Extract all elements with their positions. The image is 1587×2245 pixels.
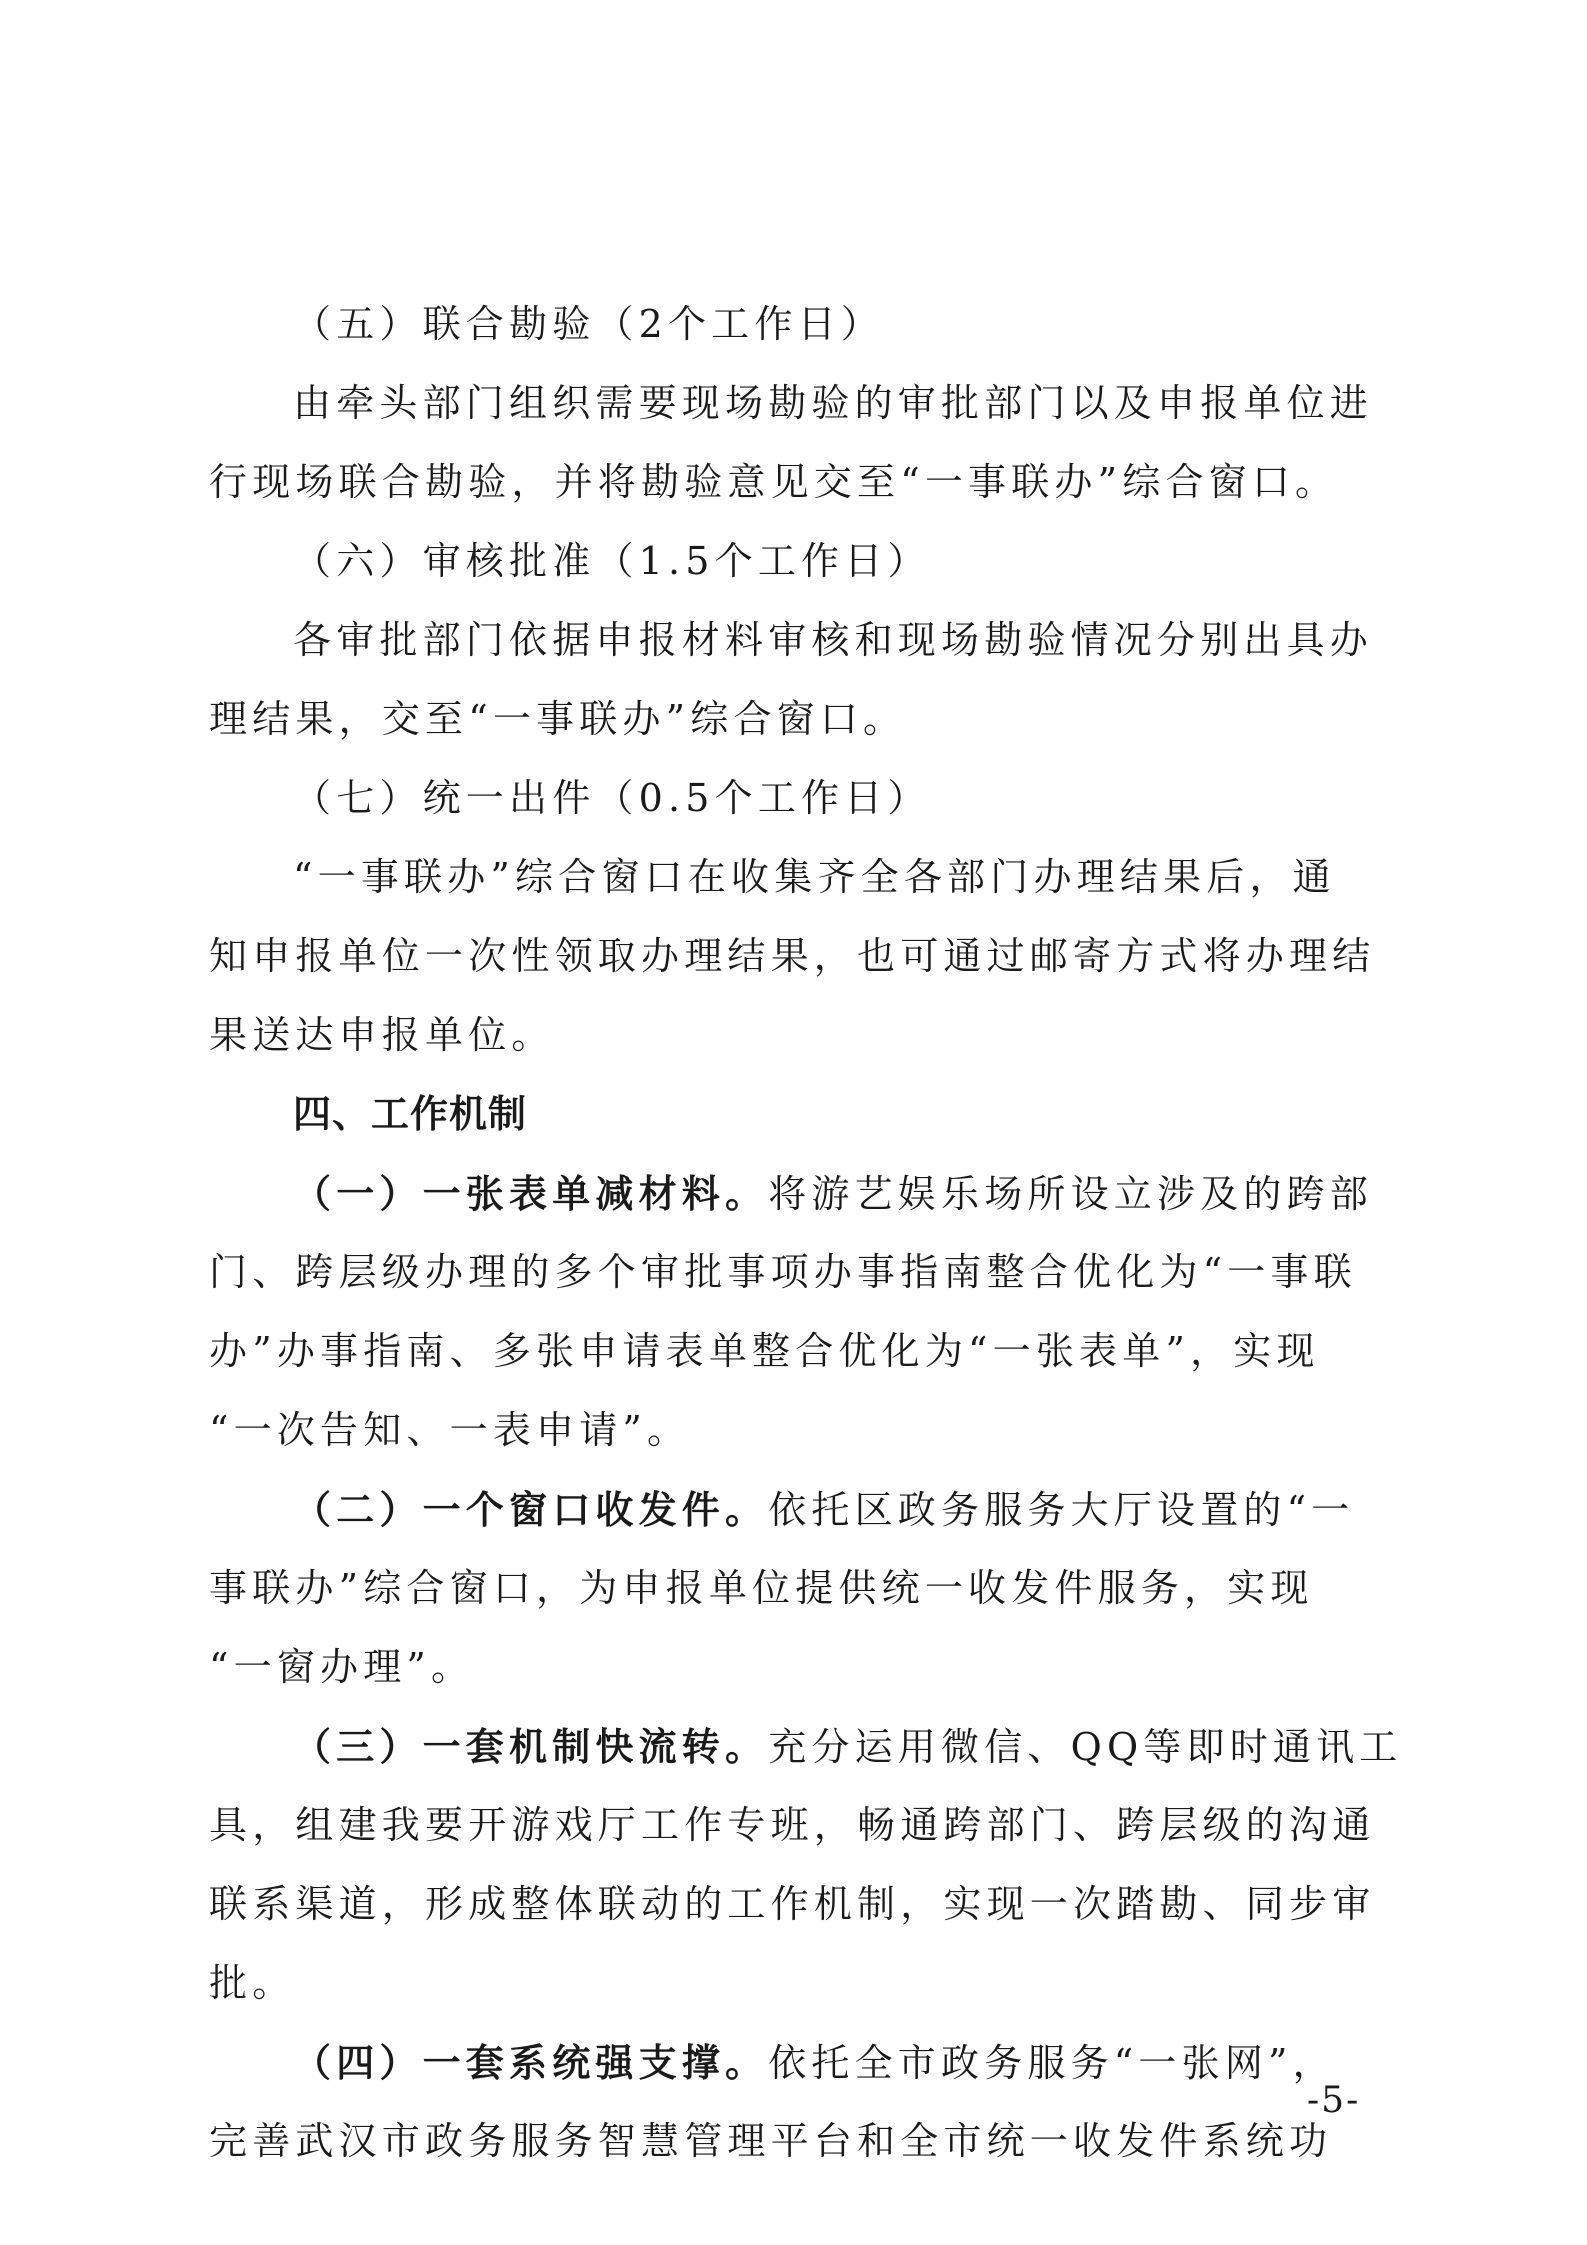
item-text: 依托全市政务服务“一张网”， bbox=[768, 2041, 1336, 2085]
paragraph-line: 由牵头部门组织需要现场勘验的审批部门以及申报单位进 bbox=[209, 364, 1389, 443]
item-lead: （二）一个窗口收发件。 bbox=[293, 1487, 768, 1532]
paragraph-line: 门、跨层级办理的多个审批事项办事指南整合优化为“一事联 bbox=[209, 1233, 1389, 1312]
item-text: 将游艺娱乐场所设立涉及的跨部 bbox=[768, 1172, 1373, 1216]
paragraph-line: “一窗办理”。 bbox=[209, 1628, 1389, 1707]
paragraph-line: “一事联办”综合窗口在收集齐全各部门办理结果后，通 bbox=[209, 838, 1389, 917]
item-one-form: （一）一张表单减材料。将游艺娱乐场所设立涉及的跨部 bbox=[209, 1154, 1389, 1233]
item-lead: （三）一套机制快流转。 bbox=[293, 1724, 768, 1769]
paragraph-line: “一次告知、一表申请”。 bbox=[209, 1391, 1389, 1470]
paragraph-line: 事联办”综合窗口，为申报单位提供统一收发件服务，实现 bbox=[209, 1549, 1389, 1628]
sub-heading-unified-delivery: （七）统一出件（0.5个工作日） bbox=[209, 759, 1389, 838]
item-one-window: （二）一个窗口收发件。依托区政务服务大厅设置的“一 bbox=[209, 1470, 1389, 1549]
document-page: （五）联合勘验（2个工作日） 由牵头部门组织需要现场勘验的审批部门以及申报单位进… bbox=[209, 285, 1389, 2181]
paragraph-line: 各审批部门依据申报材料审核和现场勘验情况分别出具办 bbox=[209, 601, 1389, 680]
item-text: 充分运用微信、QQ等即时通讯工 bbox=[768, 1725, 1402, 1769]
paragraph-line: 完善武汉市政务服务智慧管理平台和全市统一收发件系统功 bbox=[209, 2102, 1389, 2181]
sub-heading-review-approval: （六）审核批准（1.5个工作日） bbox=[209, 522, 1389, 601]
item-text: 依托区政务服务大厅设置的“一 bbox=[768, 1488, 1354, 1532]
paragraph-line: 批。 bbox=[209, 1944, 1389, 2023]
section-heading-work-mechanism: 四、工作机制 bbox=[209, 1075, 1389, 1154]
paragraph-line: 知申报单位一次性领取办理结果，也可通过邮寄方式将办理结 bbox=[209, 917, 1389, 996]
paragraph-line: 具，组建我要开游戏厅工作专班，畅通跨部门、跨层级的沟通 bbox=[209, 1786, 1389, 1865]
paragraph-line: 办”办事指南、多张申请表单整合优化为“一张表单”，实现 bbox=[209, 1312, 1389, 1391]
paragraph-line: 联系渠道，形成整体联动的工作机制，实现一次踏勘、同步审 bbox=[209, 1865, 1389, 1944]
item-one-mechanism: （三）一套机制快流转。充分运用微信、QQ等即时通讯工 bbox=[209, 1707, 1389, 1786]
item-one-system: （四）一套系统强支撑。依托全市政务服务“一张网”， bbox=[209, 2023, 1389, 2102]
page-number: -5- bbox=[1307, 2080, 1360, 2121]
item-lead: （一）一张表单减材料。 bbox=[293, 1171, 768, 1216]
item-lead: （四）一套系统强支撑。 bbox=[293, 2040, 768, 2085]
sub-heading-joint-inspection: （五）联合勘验（2个工作日） bbox=[209, 285, 1389, 364]
paragraph-line: 理结果，交至“一事联办”综合窗口。 bbox=[209, 680, 1389, 759]
paragraph-line: 行现场联合勘验，并将勘验意见交至“一事联办”综合窗口。 bbox=[209, 443, 1389, 522]
paragraph-line: 果送达申报单位。 bbox=[209, 996, 1389, 1075]
